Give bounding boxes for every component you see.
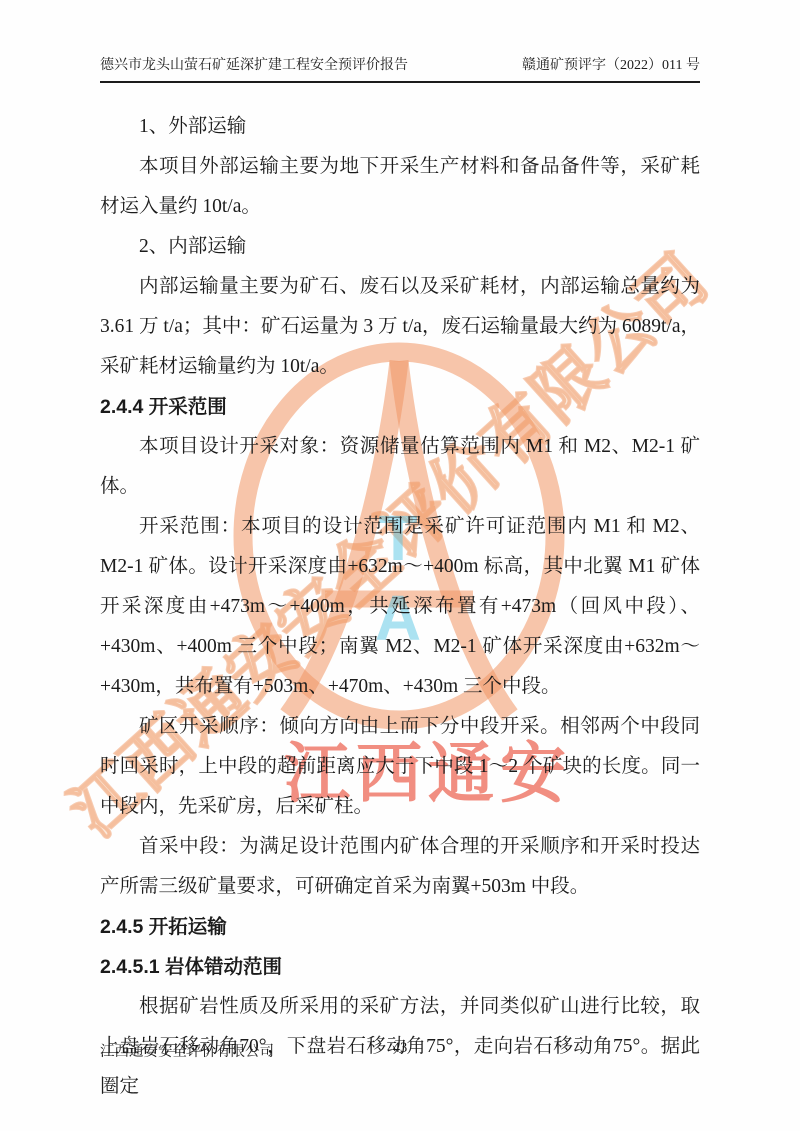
page-number: 43 xyxy=(100,1040,700,1057)
paragraph-first-mining-level: 首采中段：为满足设计范围内矿体合理的开采顺序和开采时投达产所需三级矿量要求，可研… xyxy=(100,827,700,907)
paragraph-mining-sequence: 矿区开采顺序：倾向方向由上而下分中段开采。相邻两个中段同时回采时，上中段的超前距… xyxy=(100,707,700,827)
section-heading-2-4-5: 2.4.5 开拓运输 xyxy=(100,907,700,947)
paragraph-mining-target: 本项目设计开采对象：资源储量估算范围内 M1 和 M2、M2-1 矿体。 xyxy=(100,427,700,507)
document-body: 1、外部运输 本项目外部运输主要为地下开采生产材料和备品备件等，采矿耗材运入量约… xyxy=(100,107,700,1107)
section-heading-2-4-4: 2.4.4 开采范围 xyxy=(100,387,700,427)
section-heading-2-4-5-1: 2.4.5.1 岩体错动范围 xyxy=(100,947,700,987)
paragraph-external-transport-title: 1、外部运输 xyxy=(100,107,700,147)
document-page: 江西通安安全评价有限公司 T A 江西通安 德兴市龙头山萤石矿延深扩建工程安全预… xyxy=(0,0,800,1131)
paragraph-internal-transport: 内部运输量主要为矿石、废石以及采矿耗材，内部运输总量约为 3.61 万 t/a；… xyxy=(100,267,700,387)
paragraph-mining-scope: 开采范围：本项目的设计范围是采矿许可证范围内 M1 和 M2、M2-1 矿体。设… xyxy=(100,507,700,707)
document-number: 赣通矿预评字（2022）011 号 xyxy=(522,54,700,74)
paragraph-external-transport: 本项目外部运输主要为地下开采生产材料和备品备件等，采矿耗材运入量约 10t/a。 xyxy=(100,147,700,227)
report-title: 德兴市龙头山萤石矿延深扩建工程安全预评价报告 xyxy=(100,54,408,74)
page-header: 德兴市龙头山萤石矿延深扩建工程安全预评价报告 赣通矿预评字（2022）011 号 xyxy=(100,54,700,83)
paragraph-internal-transport-title: 2、内部运输 xyxy=(100,227,700,267)
